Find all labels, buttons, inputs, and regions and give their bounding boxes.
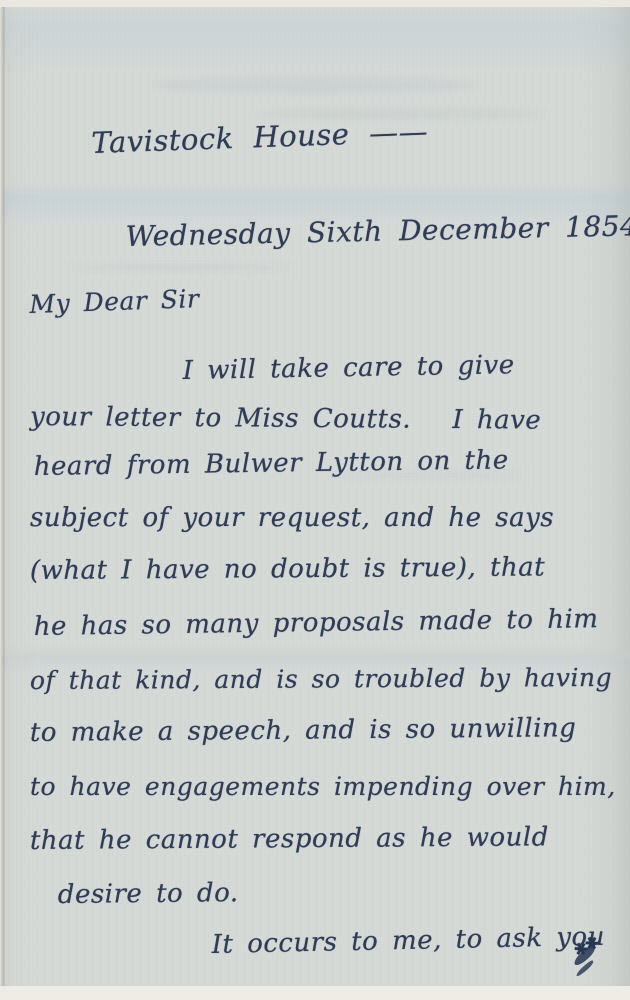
- verso-bleedthrough-smudge: [60, 262, 300, 272]
- letter-body-line: subject of your request, and he says: [30, 503, 554, 533]
- letter-body-line: to have engagements impending over him,: [30, 772, 616, 801]
- letter-body-line: to make a speech, and is so unwilling: [30, 713, 577, 748]
- letter-salutation: My Dear Sir: [29, 284, 200, 319]
- letter-body-line: he has so many proposals made to him: [34, 604, 599, 642]
- letter-second-paragraph-line: It occurs to me, to ask you: [211, 922, 605, 960]
- letter-body-line: (what I have no doubt is true), that: [30, 552, 545, 586]
- scan-background-strip-top: [0, 0, 630, 7]
- letter-body-line: desire to do.: [58, 878, 239, 910]
- letter-date-line: Wednesday Sixth December 1854: [125, 209, 630, 253]
- letter-paper-sheet: Tavistock House —— Wednesday Sixth Decem…: [0, 0, 630, 986]
- verso-bleedthrough-smudge: [150, 78, 480, 92]
- letter-heading-address: Tavistock House ——: [91, 114, 429, 160]
- letter-body-line: of that kind, and is so troubled by havi…: [30, 663, 612, 695]
- scan-background-strip-bottom: [0, 986, 630, 1000]
- paper-left-edge-shadow: [0, 0, 5, 986]
- letter-body-line: your letter to Miss Coutts. I have: [30, 402, 541, 436]
- letter-body-line: I will take care to give: [182, 350, 514, 386]
- letter-body-line: that he cannot respond as he would: [30, 822, 549, 856]
- letter-scan: Tavistock House —— Wednesday Sixth Decem…: [0, 0, 630, 1000]
